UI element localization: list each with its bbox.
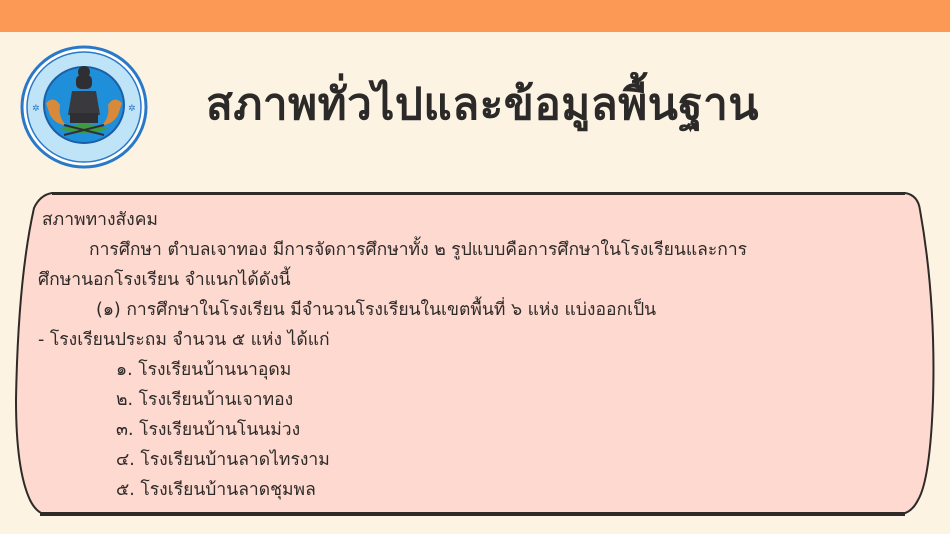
subsection-line: (๑) การศึกษาในโรงเรียน มีจำนวนโรงเรียนใน… (38, 295, 918, 325)
school-list-item: ๕. โรงเรียนบ้านลาดชุมพล (38, 475, 918, 505)
paragraph-line: ศึกษานอกโรงเรียน จำแนกได้ดังนี้ (38, 265, 918, 295)
section-heading: สภาพทางสังคม (38, 205, 918, 235)
bullet-line: - โรงเรียนประถม จำนวน ๕ แห่ง ได้แก่ (38, 325, 918, 355)
school-list-item: ๑. โรงเรียนบ้านนาอุดม (38, 355, 918, 385)
org-emblem-logo: ✲ ✲ (20, 45, 148, 169)
top-accent-bar (0, 0, 950, 32)
emblem-icon: ✲ ✲ (20, 45, 148, 169)
school-list-item: ๒. โรงเรียนบ้านเจาทอง (38, 385, 918, 415)
school-list-item: ๔. โรงเรียนบ้านลาดไทรงาม (38, 445, 918, 475)
page-title: สภาพทั่วไปและข้อมูลพื้นฐาน (206, 70, 846, 140)
content-panel: สภาพทางสังคม การศึกษา ตำบลเจาทอง มีการจั… (38, 205, 918, 505)
school-list-item: ๓. โรงเรียนบ้านโนนม่วง (38, 415, 918, 445)
paragraph-line: การศึกษา ตำบลเจาทอง มีการจัดการศึกษาทั้ง… (38, 235, 918, 265)
svg-text:✲: ✲ (128, 104, 136, 114)
svg-text:✲: ✲ (32, 104, 40, 114)
